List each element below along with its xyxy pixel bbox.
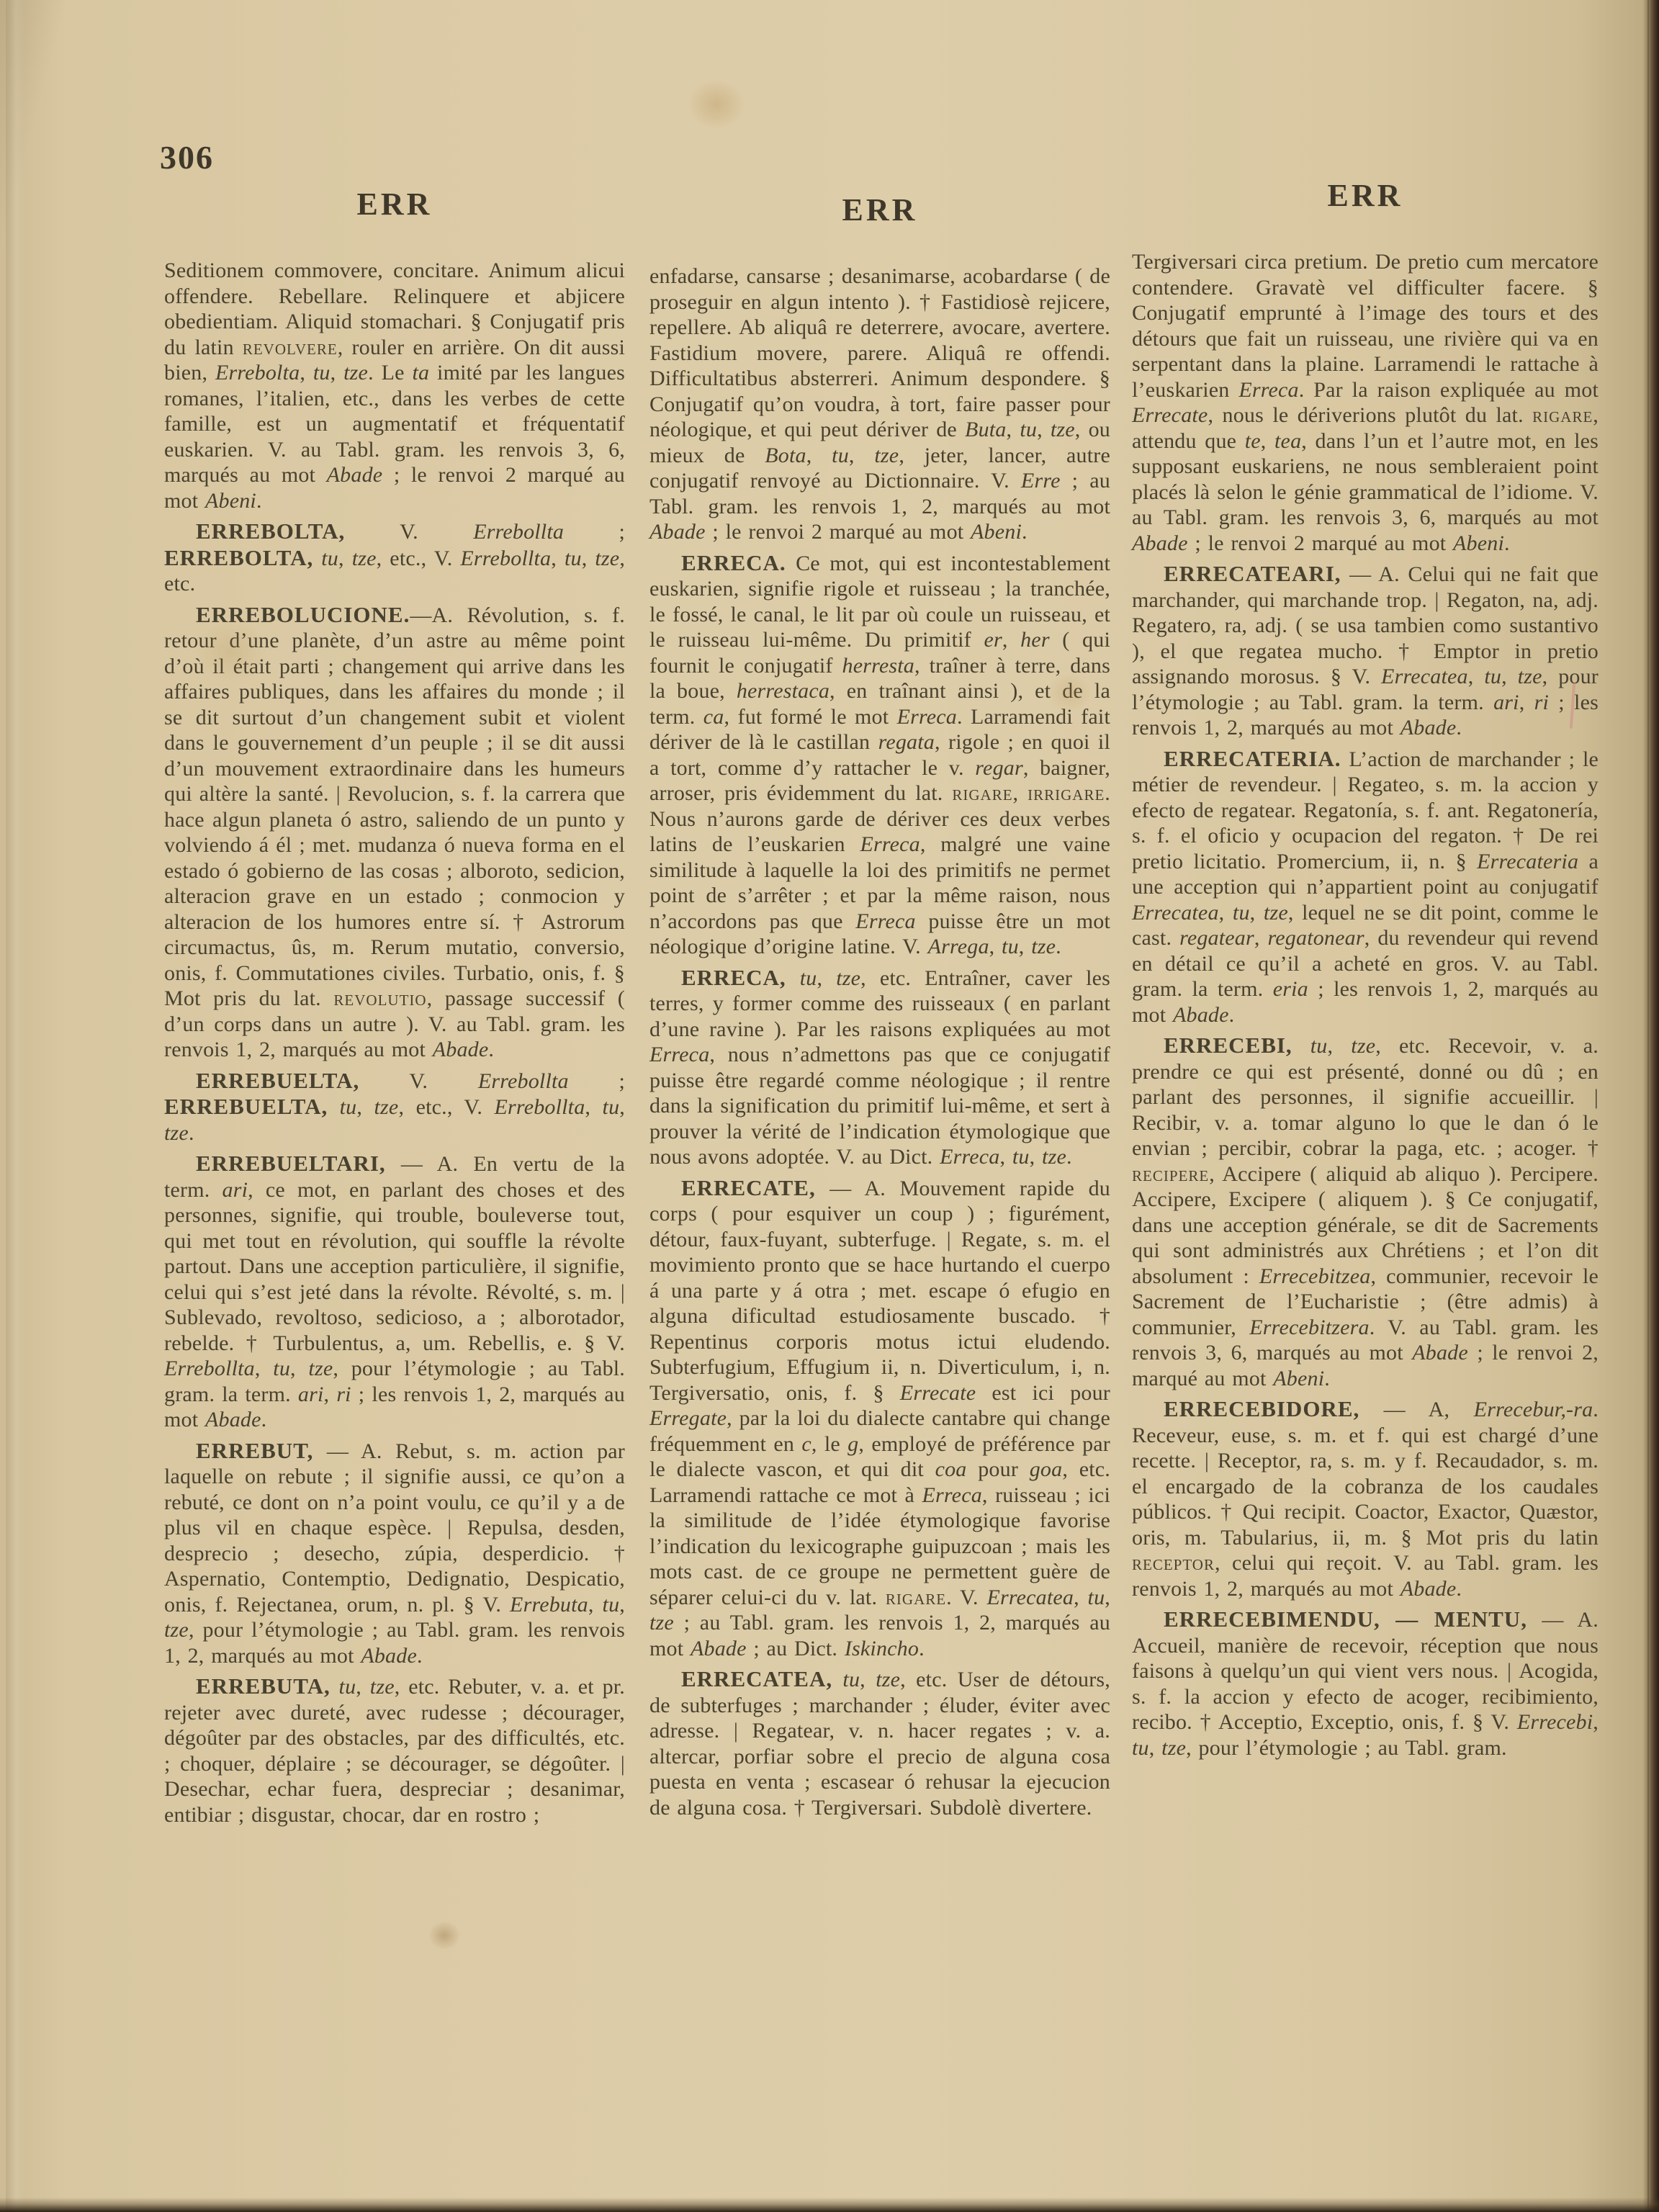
italic-text: Abeni	[1273, 1367, 1324, 1390]
entry-headword: ERREBUELTA,	[196, 1068, 359, 1093]
italic-text: ca	[703, 705, 724, 729]
running-head: ERR	[1132, 176, 1599, 216]
entry-headword: ERREBOLTA,	[164, 545, 313, 570]
smallcaps-text: rigare	[1532, 403, 1593, 427]
italic-text: tze	[1264, 901, 1288, 925]
italic-text: tu	[1132, 1736, 1149, 1760]
entry-paragraph: ERREBOLUCIONE.—A. Révolution, s. f. reto…	[164, 602, 625, 1063]
italic-text: Abeni	[205, 489, 256, 513]
italic-text: Errecateria	[1477, 850, 1578, 873]
italic-text: Errecate	[900, 1381, 976, 1405]
italic-text: regar	[975, 756, 1023, 780]
italic-text: tu	[313, 361, 331, 385]
italic-text: ri	[336, 1382, 351, 1406]
italic-text: er	[984, 628, 1002, 652]
italic-text: tu	[800, 966, 817, 990]
italic-text: tze	[874, 444, 899, 467]
italic-text: Errecebur,-ra	[1474, 1398, 1593, 1421]
italic-text: Abade	[1401, 716, 1457, 739]
italic-text: tu	[1012, 1145, 1030, 1169]
italic-text: tze	[308, 1357, 333, 1380]
italic-text: Errecebitzera	[1249, 1316, 1369, 1339]
italic-text: tu	[603, 1593, 620, 1617]
italic-text: ari	[222, 1178, 248, 1202]
italic-text: tze	[370, 1675, 395, 1699]
entry-paragraph: ERRECA, tu, tze, etc. Entraîner, caver l…	[649, 965, 1110, 1170]
italic-text: tu	[1020, 418, 1037, 441]
column-paragraphs: Tergiversari circa pretium. De pretio cu…	[1132, 249, 1599, 1761]
italic-text: regatonear	[1268, 926, 1364, 950]
italic-text: tze	[1031, 935, 1056, 958]
italic-text: Errecatea	[1132, 901, 1219, 925]
italic-text: Abade	[433, 1038, 489, 1061]
smallcaps-text: irrigare	[1028, 781, 1105, 805]
italic-text: tze	[164, 1618, 189, 1642]
italic-text: Errebollta	[473, 520, 564, 544]
italic-text: Abade	[1132, 531, 1188, 555]
italic-text: Bota	[765, 444, 806, 467]
italic-text: tze	[352, 547, 377, 570]
entry-paragraph: ERRECATEARI, — A. Celui qui ne fait que …	[1132, 561, 1599, 741]
italic-text: ta	[412, 361, 429, 385]
italic-text: tu	[339, 1675, 356, 1699]
italic-text: Erreca	[897, 705, 957, 729]
italic-text: tu	[273, 1357, 290, 1380]
italic-text: Abade	[1173, 1003, 1229, 1027]
scanned-dictionary-page: 306 ERR Seditionem commovere, concitare.…	[0, 0, 1659, 2212]
entry-paragraph: ERRECEBIDORE, — A, Errecebur,-ra. Receve…	[1132, 1396, 1599, 1601]
italic-text: ari	[1493, 691, 1519, 714]
page-edge-right	[1643, 0, 1659, 2212]
entry-paragraph: ERRECA. Ce mot, qui est incontestablemen…	[649, 550, 1110, 960]
italic-text: her	[1020, 628, 1050, 652]
entry-headword: ERRECEBIMENDU, — MENTU,	[1164, 1606, 1527, 1632]
entry-headword: ERRECATEARI,	[1164, 561, 1341, 586]
entry-headword: ERRECATEA,	[681, 1666, 832, 1691]
entry-headword: ERREBUT,	[196, 1438, 313, 1463]
italic-text: Abade	[1401, 1577, 1457, 1601]
italic-text: tu	[340, 1095, 357, 1119]
text-column-right: ERR Tergiversari circa pretium. De preti…	[1132, 130, 1599, 1766]
entry-paragraph: ERRECATERIA. L’action de marchander ; le…	[1132, 746, 1599, 1028]
italic-text: Abade	[361, 1644, 417, 1668]
italic-text: g	[848, 1432, 858, 1456]
smallcaps-text: rigare	[886, 1586, 946, 1609]
page-edge-bottom	[0, 2198, 1659, 2212]
smallcaps-text: rigare	[952, 781, 1012, 805]
entry-paragraph: ERREBUT, — A. Rebut, s. m. action par la…	[164, 1438, 625, 1669]
italic-text: tze	[595, 547, 619, 570]
italic-text: tze	[836, 966, 860, 990]
entry-paragraph: ERREBUTA, tu, tze, etc. Rebuter, v. a. e…	[164, 1673, 625, 1827]
italic-text: Abade	[327, 463, 383, 487]
italic-text: tu	[1310, 1034, 1328, 1058]
italic-text: Arrega	[928, 935, 989, 958]
italic-text: tze	[374, 1095, 399, 1119]
entry-headword: ERRECEBI,	[1164, 1033, 1292, 1058]
italic-text: tea	[1274, 429, 1301, 453]
italic-text: regatear	[1179, 926, 1254, 950]
italic-text: tze	[164, 1121, 189, 1145]
italic-text: ri	[1534, 691, 1549, 714]
smallcaps-text: revolvere	[243, 336, 338, 359]
entry-headword: ERRECATERIA.	[1164, 746, 1341, 771]
italic-text: tu	[1484, 665, 1501, 688]
column-paragraphs: enfadarse, cansarse ; desanimarse, acoba…	[649, 264, 1110, 1820]
italic-text: Abade	[1412, 1341, 1468, 1364]
smallcaps-text: revolutio	[333, 986, 426, 1010]
entry-paragraph: ERRECEBIMENDU, — MENTU, — A. Accueil, ma…	[1132, 1606, 1599, 1761]
italic-text: tu	[603, 1095, 620, 1119]
smallcaps-text: receptor	[1132, 1551, 1215, 1575]
italic-text: Erregate	[649, 1406, 727, 1430]
italic-text: coa	[935, 1457, 967, 1481]
italic-text: Abade	[205, 1408, 261, 1431]
text-column-middle: ERR enfadarse, cansarse ; desanimarse, a…	[649, 130, 1110, 1825]
italic-text: tze	[1042, 1145, 1066, 1169]
italic-text: tze	[1351, 1034, 1375, 1058]
italic-text: Erreca	[855, 909, 915, 933]
italic-text: Erreca	[1238, 378, 1298, 402]
foxing-stain	[428, 1921, 460, 1950]
italic-text: tu	[832, 444, 849, 467]
italic-text: Abeni	[1453, 531, 1504, 555]
italic-text: tze	[1051, 418, 1075, 441]
italic-text: Errecebitzea	[1259, 1264, 1371, 1288]
italic-text: Errebollta	[478, 1069, 569, 1093]
text-column-left: ERR Seditionem commovere, concitare. Ani…	[164, 130, 625, 1833]
italic-text: Errecebi	[1517, 1710, 1593, 1734]
entry-paragraph: ERRECATEA, tu, tze, etc. User de détours…	[649, 1666, 1110, 1820]
italic-text: tze	[649, 1611, 674, 1635]
italic-text: herrestaca	[737, 679, 829, 703]
italic-text: regata	[878, 730, 935, 754]
entry-headword: ERREBUELTARI,	[196, 1151, 386, 1176]
entry-headword: ERRECA.	[681, 550, 786, 575]
italic-text: Erreca	[922, 1483, 982, 1507]
italic-text: tze	[1161, 1736, 1186, 1760]
italic-text: tze	[1518, 665, 1542, 688]
italic-text: Abade	[649, 520, 706, 544]
italic-text: Abeni	[971, 520, 1022, 544]
italic-text: herresta	[842, 654, 914, 678]
italic-text: Erreca	[940, 1145, 999, 1169]
italic-text: eria	[1273, 977, 1308, 1001]
italic-text: Erre	[1021, 469, 1061, 493]
italic-text: Errebuta	[510, 1593, 588, 1617]
italic-text: tze	[343, 361, 368, 385]
italic-text: tu	[321, 547, 338, 570]
italic-text: Errebollta	[495, 1095, 585, 1119]
entry-paragraph: ERRECEBI, tu, tze, etc. Recevoir, v. a. …	[1132, 1033, 1599, 1391]
running-head: ERR	[164, 184, 625, 225]
entry-headword: ERREBUELTA,	[164, 1094, 328, 1119]
foxing-stain	[688, 79, 745, 130]
italic-text: Erreca	[860, 832, 920, 856]
entry-paragraph: ERREBUELTARI, — A. En vertu de la term. …	[164, 1151, 625, 1433]
running-head: ERR	[649, 190, 1110, 230]
entry-paragraph: ERREBOLTA, V. Errebollta ; ERREBOLTA, tu…	[164, 518, 625, 597]
column-paragraphs: Seditionem commovere, concitare. Animum …	[164, 258, 625, 1827]
italic-text: tu	[1088, 1586, 1105, 1609]
italic-text: Errecatea	[986, 1586, 1074, 1609]
entry-headword: ERREBOLUCIONE.	[196, 602, 410, 627]
entry-paragraph: enfadarse, cansarse ; desanimarse, acoba…	[649, 264, 1110, 545]
italic-text: Errecate	[1132, 403, 1208, 427]
entry-headword: ERRECA,	[681, 965, 786, 990]
italic-text: Buta	[965, 418, 1006, 441]
entry-paragraph: Tergiversari circa pretium. De pretio cu…	[1132, 249, 1599, 556]
smallcaps-text: recipere	[1132, 1162, 1209, 1186]
italic-text: Errebollta	[164, 1357, 255, 1380]
entry-headword: ERREBOLTA,	[196, 518, 345, 544]
entry-paragraph: Seditionem commovere, concitare. Animum …	[164, 258, 625, 513]
italic-text: tu	[1002, 935, 1019, 958]
entry-paragraph: ERRECATE, — A. Mouvement rapide du corps…	[649, 1175, 1110, 1662]
italic-text: Erreca	[649, 1043, 709, 1066]
italic-text: goa	[1030, 1457, 1063, 1481]
entry-paragraph: ERREBUELTA, V. Errebollta ; ERREBUELTA, …	[164, 1068, 625, 1146]
italic-text: Errebollta	[460, 547, 551, 570]
italic-text: tu	[1233, 901, 1250, 925]
entry-headword: ERRECATE,	[681, 1175, 816, 1200]
entry-headword: ERREBUTA,	[196, 1673, 331, 1699]
entry-headword: ERRECEBIDORE,	[1164, 1396, 1359, 1421]
italic-text: Abade	[691, 1637, 747, 1660]
italic-text: Errecatea	[1381, 665, 1468, 688]
italic-text: c	[801, 1432, 811, 1456]
italic-text: Iskincho	[845, 1637, 919, 1660]
italic-text: ari	[298, 1382, 324, 1406]
page-edge-left	[6, 0, 24, 2212]
italic-text: tu	[565, 547, 582, 570]
italic-text: te	[1245, 429, 1261, 453]
italic-text: Errebolta	[215, 361, 300, 385]
italic-text: tze	[876, 1668, 900, 1691]
italic-text: tu	[842, 1668, 860, 1691]
